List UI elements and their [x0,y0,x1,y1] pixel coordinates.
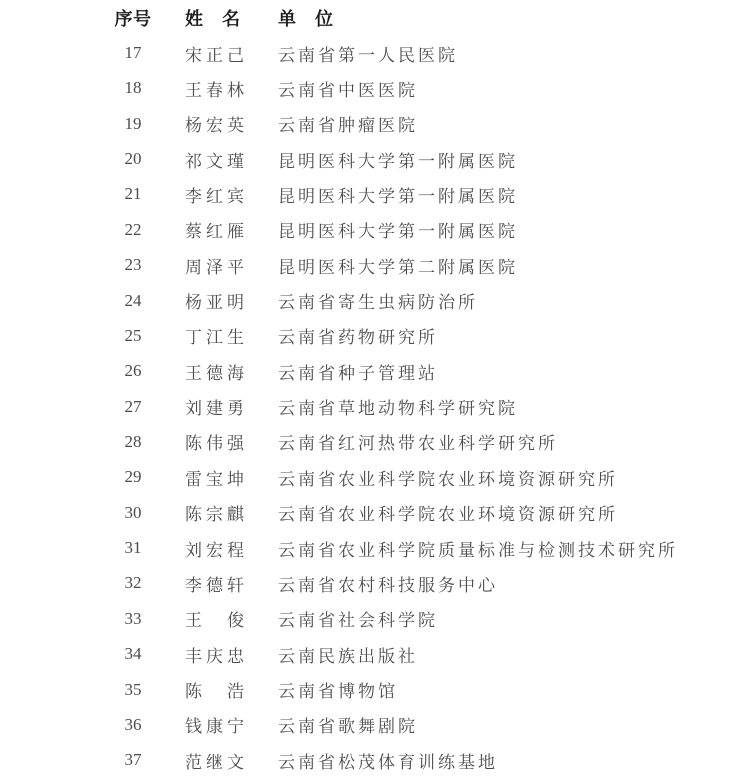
organization-name: 云南省中医医院 [278,76,744,101]
organization-name: 云南省第一人民医院 [278,41,744,66]
person-name: 祁文瑾 [185,147,278,172]
column-header-no: 序号 [110,5,156,31]
person-name: 陈伟强 [185,429,278,454]
table-row: 26 王德海 云南省种子管理站 [0,354,744,389]
person-name: 范继文 [185,748,278,773]
organization-name: 云南省药物研究所 [278,323,744,348]
table-row: 35 陈 浩 云南省博物馆 [0,672,744,707]
person-name: 蔡红雁 [185,217,278,242]
column-header-unit: 单 位 [278,5,744,31]
column-header-name: 姓 名 [185,5,278,31]
organization-name: 云南省歌舞剧院 [278,712,744,737]
table-row: 25 丁江生 云南省药物研究所 [0,318,744,353]
table-row: 33 王 俊 云南省社会科学院 [0,601,744,636]
table-row: 37 范继文 云南省松茂体育训练基地 [0,743,744,778]
row-number: 33 [110,609,156,629]
table-row: 24 杨亚明 云南省寄生虫病防治所 [0,283,744,318]
person-name: 钱康宁 [185,712,278,737]
person-name: 李德轩 [185,571,278,596]
row-number: 36 [110,715,156,735]
row-number: 29 [110,467,156,487]
person-name: 杨亚明 [185,288,278,313]
row-number: 25 [110,326,156,346]
row-number: 18 [110,78,156,98]
organization-name: 云南省肿瘤医院 [278,111,744,136]
row-number: 27 [110,397,156,417]
row-number: 24 [110,291,156,311]
person-name: 丰庆忠 [185,642,278,667]
table-header-row: 序号 姓 名 单 位 [0,0,744,35]
row-number: 32 [110,573,156,593]
document-page: 序号 姓 名 单 位 17 宋正己 云南省第一人民医院 18 王春林 云南省中医… [0,0,744,778]
row-number: 37 [110,750,156,770]
person-name: 王德海 [185,359,278,384]
row-number: 22 [110,220,156,240]
person-name: 李红宾 [185,182,278,207]
organization-name: 昆明医科大学第一附属医院 [278,182,744,207]
row-number: 35 [110,680,156,700]
table-row: 17 宋正己 云南省第一人民医院 [0,35,744,70]
table-row: 30 陈宗麒 云南省农业科学院农业环境资源研究所 [0,495,744,530]
person-name: 丁江生 [185,323,278,348]
table-row: 34 丰庆忠 云南民族出版社 [0,636,744,671]
table-row: 19 杨宏英 云南省肿瘤医院 [0,106,744,141]
organization-name: 云南民族出版社 [278,642,744,667]
organization-name: 昆明医科大学第二附属医院 [278,253,744,278]
row-number: 17 [110,43,156,63]
organization-name: 云南省农村科技服务中心 [278,571,744,596]
organization-name: 云南省松茂体育训练基地 [278,748,744,773]
person-name: 王 俊 [185,606,278,631]
person-name: 周泽平 [185,253,278,278]
organization-name: 云南省农业科学院农业环境资源研究所 [278,465,744,490]
row-number: 19 [110,114,156,134]
table-row: 31 刘宏程 云南省农业科学院质量标准与检测技术研究所 [0,530,744,565]
organization-name: 昆明医科大学第一附属医院 [278,217,744,242]
person-name: 雷宝坤 [185,465,278,490]
row-number: 34 [110,644,156,664]
table-row: 28 陈伟强 云南省红河热带农业科学研究所 [0,424,744,459]
organization-name: 云南省农业科学院农业环境资源研究所 [278,500,744,525]
person-name: 宋正己 [185,41,278,66]
row-number: 23 [110,255,156,275]
person-name: 刘建勇 [185,394,278,419]
person-name: 王春林 [185,76,278,101]
person-name: 陈 浩 [185,677,278,702]
table-row: 27 刘建勇 云南省草地动物科学研究院 [0,389,744,424]
organization-name: 云南省种子管理站 [278,359,744,384]
organization-name: 云南省红河热带农业科学研究所 [278,429,744,454]
row-number: 31 [110,538,156,558]
organization-name: 云南省农业科学院质量标准与检测技术研究所 [278,536,744,561]
person-name: 陈宗麒 [185,500,278,525]
organization-name: 云南省寄生虫病防治所 [278,288,744,313]
row-number: 30 [110,503,156,523]
row-number: 21 [110,184,156,204]
table-row: 36 钱康宁 云南省歌舞剧院 [0,707,744,742]
row-number: 26 [110,361,156,381]
row-number: 20 [110,149,156,169]
organization-name: 云南省博物馆 [278,677,744,702]
organization-name: 昆明医科大学第一附属医院 [278,147,744,172]
table-row: 32 李德轩 云南省农村科技服务中心 [0,566,744,601]
table-row: 22 蔡红雁 昆明医科大学第一附属医院 [0,212,744,247]
person-name: 杨宏英 [185,111,278,136]
table-row: 29 雷宝坤 云南省农业科学院农业环境资源研究所 [0,460,744,495]
table-row: 21 李红宾 昆明医科大学第一附属医院 [0,177,744,212]
table-row: 23 周泽平 昆明医科大学第二附属医院 [0,248,744,283]
organization-name: 云南省草地动物科学研究院 [278,394,744,419]
table-row: 18 王春林 云南省中医医院 [0,71,744,106]
person-name: 刘宏程 [185,536,278,561]
table-row: 20 祁文瑾 昆明医科大学第一附属医院 [0,141,744,176]
organization-name: 云南省社会科学院 [278,606,744,631]
row-number: 28 [110,432,156,452]
table-body: 17 宋正己 云南省第一人民医院 18 王春林 云南省中医医院 19 杨宏英 云… [0,35,744,778]
